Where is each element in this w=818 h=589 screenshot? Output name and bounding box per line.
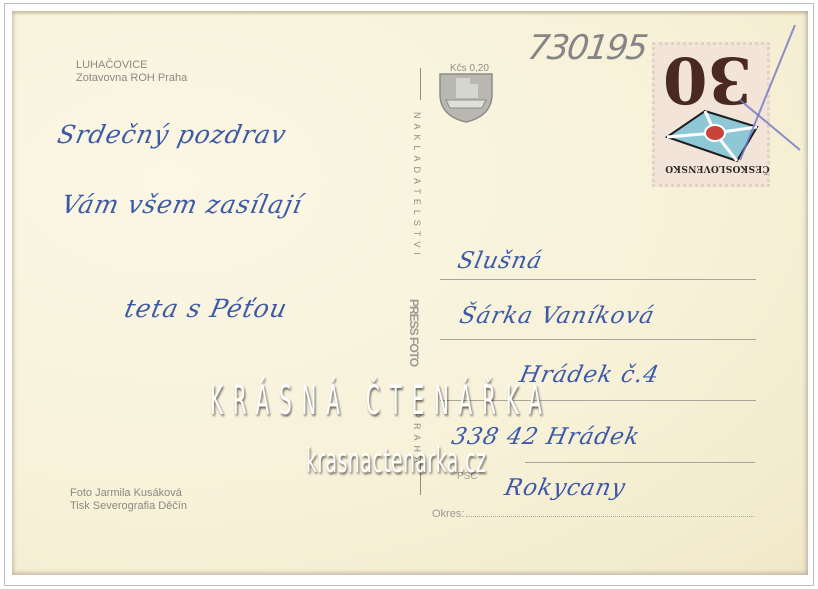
watermark-title: KRÁSNÁ ČTENÁŘKA bbox=[210, 378, 552, 424]
address-line: Šárka Vaníková bbox=[457, 303, 657, 329]
address-rule bbox=[440, 339, 756, 340]
address-rule bbox=[525, 462, 755, 463]
watermark-url: krasnactenarka.cz bbox=[306, 441, 487, 481]
address-line: Rokycany bbox=[502, 475, 628, 501]
divider-line bbox=[420, 68, 421, 100]
print-credit: Tisk Severografia Děčín bbox=[70, 500, 187, 513]
address-line: Slušná bbox=[455, 248, 545, 274]
location-subtitle: Zotavovna ROH Praha bbox=[76, 72, 187, 85]
photo-credit: Foto Jarmila Kusáková bbox=[70, 487, 182, 500]
publisher-vertical-text: NAKLADATELSTVI bbox=[412, 112, 422, 260]
press-foto-logo: PRESS FOTO bbox=[403, 285, 425, 380]
address-rule bbox=[440, 279, 756, 280]
message-line: Srdečný pozdrav bbox=[55, 120, 289, 149]
okres-rule bbox=[466, 516, 754, 517]
catalog-code: 730195 bbox=[525, 28, 648, 68]
okres-label: Okres: bbox=[432, 508, 464, 520]
message-line: teta s Péťou bbox=[122, 294, 290, 323]
cachet-price: Kčs 0,20 bbox=[450, 63, 489, 74]
location-title: LUHAČOVICE bbox=[76, 59, 148, 72]
postmark-cancel-icon bbox=[700, 20, 810, 170]
message-line: Vám všem zasílají bbox=[59, 190, 305, 219]
